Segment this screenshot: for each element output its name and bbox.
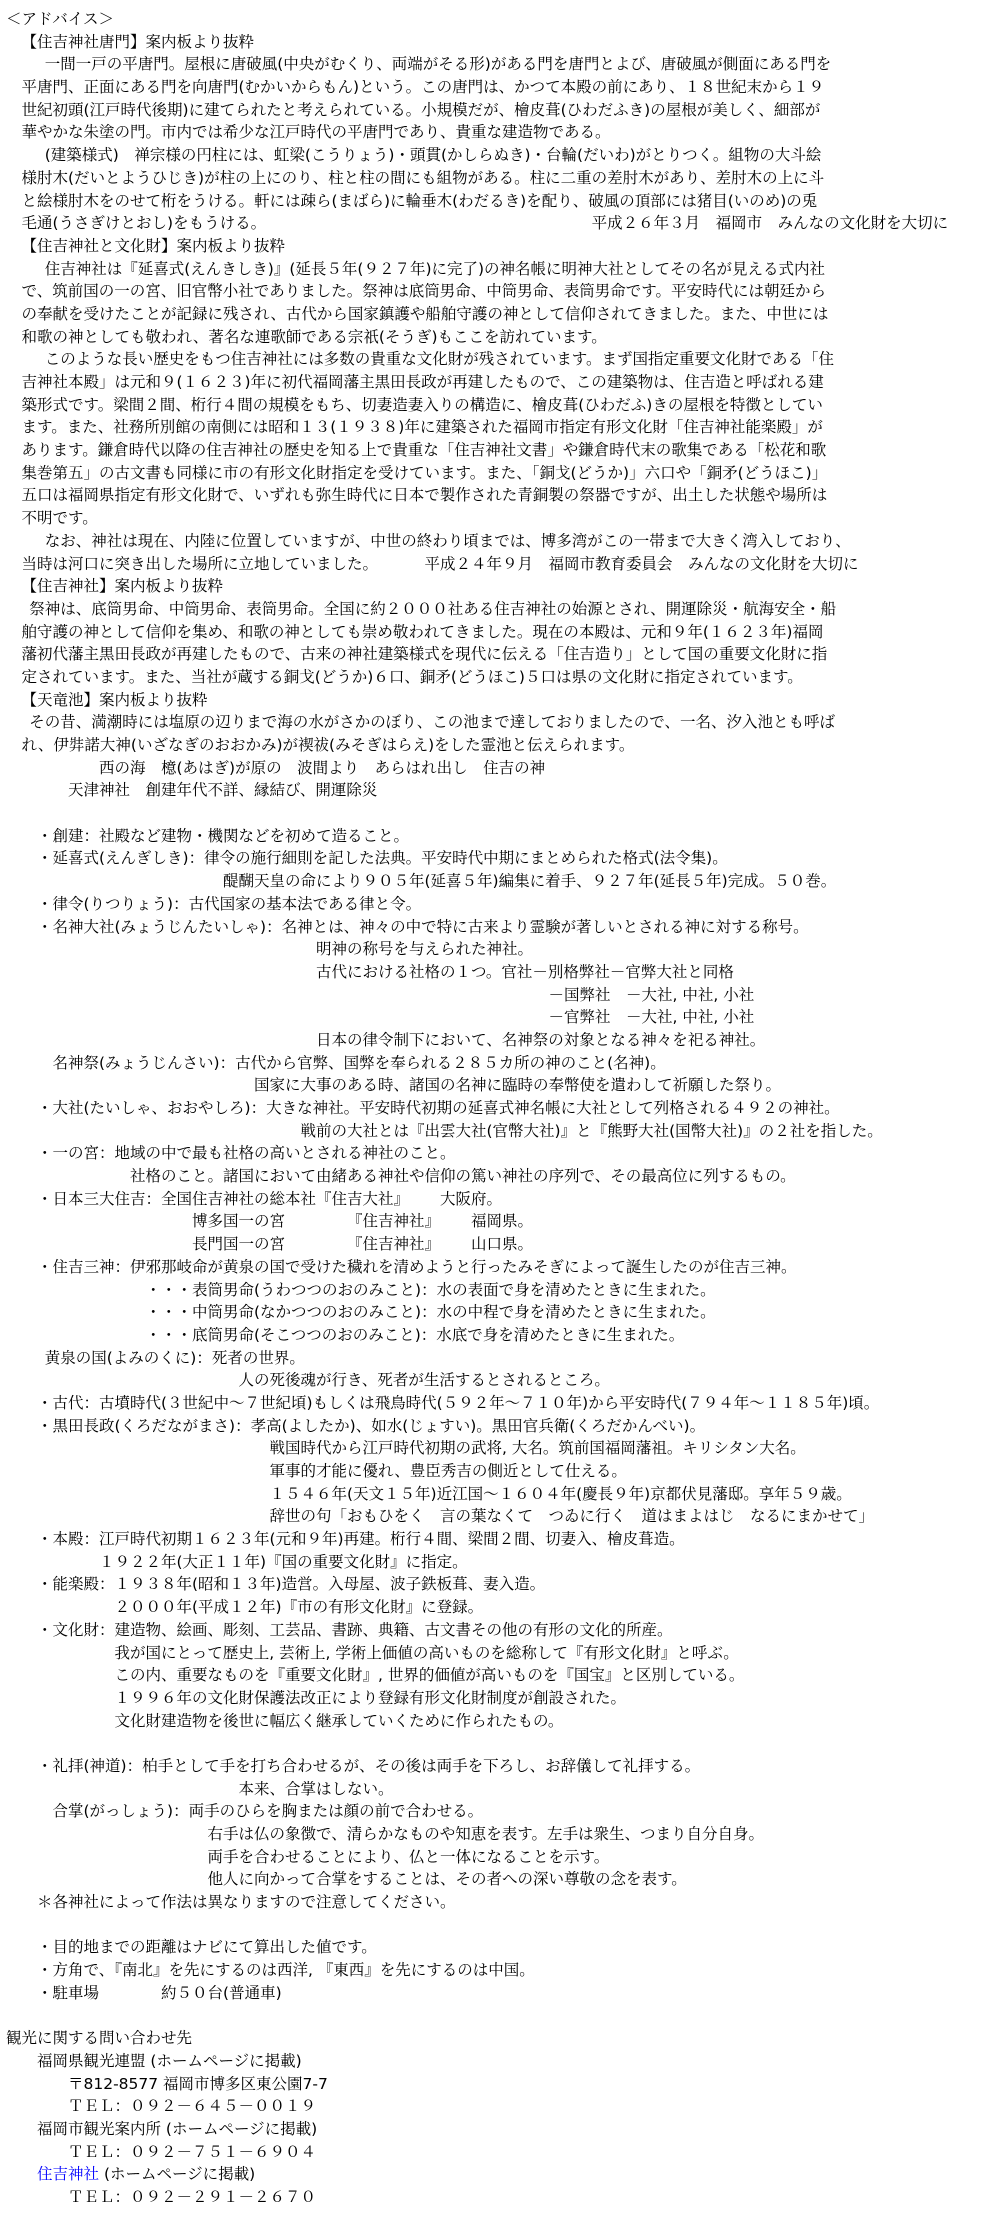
text-segment: 【住吉神社唐門】案内板より抜粋 bbox=[22, 33, 255, 51]
phone-number: ＴＥＬ：０９２－７５１－６９０４ bbox=[6, 2141, 999, 2164]
text-line: ・黒田長政(くろだながまさ)：孝高(よしたか)、如水(じょすい)。黒田官兵衛(く… bbox=[6, 1415, 999, 1438]
text-segment: 本来、合掌はしない。 bbox=[239, 1780, 394, 1798]
text-segment: このような長い歴史をもつ住吉神社には多数の貴重な文化財が残されています。まず国指… bbox=[45, 350, 834, 368]
text-segment: 我が国にとって歴史上, 芸術上, 学術上価値の高いものを総称して『有形文化財』と… bbox=[115, 1644, 739, 1662]
text-segment: で、筑前国の一の宮、旧官幣小社でありました。祭神は底筒男命、中筒男命、表筒男命で… bbox=[22, 282, 826, 300]
text-segment: 国家に大事のある時、諸国の名神に臨時の奉幣使を遣わして祈願した祭り。 bbox=[254, 1076, 781, 1094]
text-line: ・能楽殿：１９３８年(昭和１３年)造営。入母屋、波子鉄板葺、妻入造。 bbox=[6, 1573, 999, 1596]
text-segment: ＴＥＬ：０９２－２９１－２６７０ bbox=[68, 2188, 316, 2206]
text-segment: 住吉神社は『延喜式(えんきしき)』(延長５年(９２７年)に完了)の神名帳に明神大… bbox=[45, 260, 825, 278]
poem-line: 西の海 檍(あはぎ)が原の 波間より あらはれ出し 住吉の神 bbox=[6, 757, 999, 780]
text-line: ・名神大社(みょうじんたいしゃ)：名神とは、神々の中で特に古来より霊験が著しいと… bbox=[6, 916, 999, 939]
text-segment: 平唐門、正面にある門を向唐門(むかいからもん)という。この唐門は、かつて本殿の前… bbox=[22, 78, 825, 96]
text-line: －官弊社 －大社, 中社, 小社 bbox=[6, 1006, 999, 1029]
text-line: ・古代：古墳時代(３世紀中～７世紀頃)もしくは飛鳥時代(５９２年～７１０年)から… bbox=[6, 1392, 999, 1415]
text-line: １９２２年(大正１１年)『国の重要文化財』に指定。 bbox=[6, 1551, 999, 1574]
text-line: 本来、合掌はしない。 bbox=[6, 1778, 999, 1801]
text-segment: －国弊社 －大社, 中社, 小社 bbox=[549, 986, 755, 1004]
text-line: 国家に大事のある時、諸国の名神に臨時の奉幣使を遣わして祈願した祭り。 bbox=[6, 1074, 999, 1097]
text-segment: 福岡市観光案内所 (ホームページに掲載) bbox=[37, 2120, 317, 2138]
text-line: 舶守護の神として信仰を集め、和歌の神としても崇め敬われてきました。現在の本殿は、… bbox=[6, 621, 999, 644]
text-line: ・・・表筒男命(うわつつのおのみこと)：水の表面で身を清めたときに生まれた。 bbox=[6, 1279, 999, 1302]
text-segment: この内、重要なものを『重要文化財』, 世界的価値が高いものを『国宝』と区別してい… bbox=[115, 1666, 745, 1684]
text-line: ＊各神社によって作法は異なりますので注意してください。 bbox=[6, 1891, 999, 1914]
text-line: 華やかな朱塗の門。市内では希少な江戸時代の平唐門であり、貴重な建造物である。 bbox=[6, 121, 999, 144]
text-segment: １５４６年(天文１５年)近江国～１６０４年(慶長９年)京都伏見藩邸。享年５９歳。 bbox=[270, 1485, 852, 1503]
text-segment: ＴＥＬ：０９２－７５１－６９０４ bbox=[68, 2143, 316, 2161]
text-line: 定されています。また、当社が蔵する銅戈(どうか)６口、銅矛(どうほこ)５口は県の… bbox=[6, 666, 999, 689]
text-line: ２０００年(平成１２年)『市の有形文化財』に登録。 bbox=[6, 1596, 999, 1619]
text-line: 福岡市観光案内所 (ホームページに掲載) bbox=[6, 2118, 999, 2141]
text-line: 名神祭(みょうじんさい)：古代から官弊、国弊を奉られる２８５カ所の神のこと(名神… bbox=[6, 1052, 999, 1075]
text-segment: 博多国一の宮 bbox=[192, 1212, 285, 1230]
text-segment: ・方角で、『南北』を先にするのは西洋, 『東西』を先にするのは中国。 bbox=[37, 1961, 535, 1979]
text-segment: 観光に関する問い合わせ先 bbox=[6, 2029, 192, 2047]
text-line: 和歌の神としても敬われ、著名な連歌師である宗祇(そうぎ)もここを訪れています。 bbox=[6, 326, 999, 349]
phone-number: ＴＥＬ：０９２－６４５－００１９ bbox=[6, 2095, 999, 2118]
text-segment: 世紀初頭(江戸時代後期)に建てられたと考えられている。小規模だが、檜皮葺(ひわだ… bbox=[22, 101, 821, 119]
text-segment: 『住吉神社』 bbox=[347, 1212, 440, 1230]
text-line: ・・・底筒男命(そこつつのおのみこと)：水底で身を清めたときに生まれた。 bbox=[6, 1324, 999, 1347]
text-line: 福岡県観光連盟 (ホームページに掲載) bbox=[6, 2050, 999, 2073]
text-segment: れ、伊弉諾大神(いざなぎのおおかみ)が禊祓(みそぎはらえ)をした霊池と伝えられま… bbox=[22, 736, 635, 754]
text-segment: 集巻第五」の古文書も同様に市の有形文化財指定を受けています。また、「銅戈(どうか… bbox=[22, 464, 828, 482]
text-segment: ・延喜式(えんぎしき)：律令の施行細則を記した法典。平安時代中期にまとめられた格… bbox=[37, 849, 728, 867]
text-segment: 大阪府。 bbox=[440, 1190, 502, 1208]
text-line: ・本殿：江戸時代初期１６２３年(元和９年)再建。桁行４間、梁間２間、切妻入、檜皮… bbox=[6, 1528, 999, 1551]
text-segment: ＴＥＬ：０９２－６４５－００１９ bbox=[68, 2097, 316, 2115]
text-line: 日本の律令制下において、名神祭の対象となる神々を祀る神社。 bbox=[6, 1029, 999, 1052]
text-line: その昔、満潮時には塩原の辺りまで海の水がさかのぼり、この池まで達しておりましたの… bbox=[6, 711, 999, 734]
text-line: ・・・中筒男命(なかつつのおのみこと)：水の中程で身を清めたときに生まれた。 bbox=[6, 1301, 999, 1324]
text-line: なお、神社は現在、内陸に位置していますが、中世の終わり頃までは、博多湾がこの一帯… bbox=[6, 530, 999, 553]
text-line: １５４６年(天文１５年)近江国～１６０４年(慶長９年)京都伏見藩邸。享年５９歳。 bbox=[6, 1483, 999, 1506]
text-line: このような長い歴史をもつ住吉神社には多数の貴重な文化財が残されています。まず国指… bbox=[6, 348, 999, 371]
text-segment: ・能楽殿：１９３８年(昭和１３年)造営。入母屋、波子鉄板葺、妻入造。 bbox=[37, 1575, 545, 1593]
text-line: ・礼拝(神道)：柏手として手を打ち合わせるが、その後は両手を下ろし、お辞儀して礼… bbox=[6, 1755, 999, 1778]
text-line: ・目的地までの距離はナビにて算出した値です。 bbox=[6, 1936, 999, 1959]
section-heading: 【住吉神社唐門】案内板より抜粋 bbox=[6, 31, 999, 54]
spacer bbox=[99, 1982, 161, 1983]
text-segment: と絵様肘木をのせて桁をうける。軒には疎ら(まばら)に輪垂木(わだるき)を配り、破… bbox=[22, 192, 818, 210]
spacer bbox=[285, 1233, 347, 1234]
text-segment: 戦前の大社とは『出雲大社(官幣大社)』と『熊野大社(国幣大社)』の２社を指した。 bbox=[301, 1122, 883, 1140]
text-line: －国弊社 －大社, 中社, 小社 bbox=[6, 984, 999, 1007]
text-line: で、筑前国の一の宮、旧官幣小社でありました。祭神は底筒男命、中筒男命、表筒男命で… bbox=[6, 280, 999, 303]
text-line: 黄泉の国(よみのくに)：死者の世界。 bbox=[6, 1347, 999, 1370]
section-heading: 【天竜池】案内板より抜粋 bbox=[6, 689, 999, 712]
text-segment: －官弊社 －大社, 中社, 小社 bbox=[549, 1008, 755, 1026]
text-segment: なお、神社は現在、内陸に位置していますが、中世の終わり頃までは、博多湾がこの一帯… bbox=[45, 532, 851, 550]
text-line: 他人に向かって合掌をすることは、その者への深い尊敬の念を表す。 bbox=[6, 1868, 999, 1891]
text-segment: 合掌(がっしょう)：両手のひらを胸または顔の前で合わせる。 bbox=[53, 1802, 484, 1820]
text-segment: 不明です。 bbox=[22, 509, 98, 527]
text-segment: 和歌の神としても敬われ、著名な連歌師である宗祇(そうぎ)もここを訪れています。 bbox=[22, 328, 607, 346]
text-line: 長門国一の宮『住吉神社』山口県。 bbox=[6, 1233, 999, 1256]
text-line: 世紀初頭(江戸時代後期)に建てられたと考えられている。小規模だが、檜皮葺(ひわだ… bbox=[6, 99, 999, 122]
text-line: 社格のこと。諸国において由緒ある神社や信仰の篤い神社の序列で、その最高位に列する… bbox=[6, 1165, 999, 1188]
text-line: 古代における社格の１つ。官社－別格弊社－官弊大社と同格 bbox=[6, 961, 999, 984]
text-line: 〒812-8577 福岡市博多区東公園7-7 bbox=[6, 2073, 999, 2096]
document-page: ＜アドバイス＞【住吉神社唐門】案内板より抜粋一間一戸の平唐門。屋根に唐破風(中央… bbox=[0, 0, 999, 2238]
text-line: 醍醐天皇の命により９０５年(延喜５年)編集に着手、９２７年(延長５年)完成。５０… bbox=[6, 870, 999, 893]
text-segment: 天津神社 創建年代不詳、縁結び、開運除災 bbox=[68, 781, 377, 799]
text-segment: 辞世の句「おもひをく 言の葉なくて つゐに行く 道はまよはじ なるにまかせて」 bbox=[270, 1507, 875, 1525]
text-segment: ＊各神社によって作法は異なりますので注意してください。 bbox=[37, 1893, 456, 1911]
text-segment: 【住吉神社と文化財】案内板より抜粋 bbox=[22, 237, 286, 255]
text-segment: 〒812-8577 福岡市博多区東公園7-7 bbox=[68, 2075, 328, 2093]
text-line: 辞世の句「おもひをく 言の葉なくて つゐに行く 道はまよはじ なるにまかせて」 bbox=[6, 1505, 999, 1528]
text-line: ・駐車場約５０台(普通車) bbox=[6, 1982, 999, 2005]
text-segment: １９９６年の文化財保護法改正により登録有形文化財制度が創設された。 bbox=[115, 1689, 627, 1707]
text-segment: 社格のこと。諸国において由緒ある神社や信仰の篤い神社の序列で、その最高位に列する… bbox=[130, 1167, 796, 1185]
text-segment: 名神祭(みょうじんさい)：古代から官弊、国弊を奉られる２８５カ所の神のこと(名神… bbox=[53, 1054, 666, 1072]
text-segment: の奉献を受けたことが記録に残され、古代から国家鎮護や船舶守護の神として信仰されて… bbox=[22, 305, 829, 323]
text-line: 集巻第五」の古文書も同様に市の有形文化財指定を受けています。また、「銅戈(どうか… bbox=[6, 462, 999, 485]
text-segment: 華やかな朱塗の門。市内では希少な江戸時代の平唐門であり、貴重な建造物である。 bbox=[22, 123, 611, 141]
text-segment: 戦国時代から江戸時代初期の武将, 大名。筑前国福岡藩祖。キリシタン大名。 bbox=[270, 1439, 806, 1457]
spacer bbox=[378, 553, 425, 554]
text-segment: 醍醐天皇の命により９０５年(延喜５年)編集に着手、９２７年(延長５年)完成。５０… bbox=[223, 872, 836, 890]
text-segment: ・住吉三神：伊邪那岐命が黄泉の国で受けた穢れを清めようと行ったみそぎによって誕生… bbox=[37, 1258, 797, 1276]
text-line: 祭神は、底筒男命、中筒男命、表筒男命。全国に約２０００社ある住吉神社の始源とされ… bbox=[6, 598, 999, 621]
text-segment: ・・・中筒男命(なかつつのおのみこと)：水の中程で身を清めたときに生まれた。 bbox=[146, 1303, 716, 1321]
spacer bbox=[266, 212, 592, 213]
text-segment: 舶守護の神として信仰を集め、和歌の神としても崇め敬われてきました。現在の本殿は、… bbox=[22, 623, 824, 641]
text-segment: 山口県。 bbox=[471, 1235, 533, 1253]
text-segment: 【天竜池】案内板より抜粋 bbox=[22, 691, 208, 709]
text-line bbox=[6, 1732, 999, 1755]
text-line: 吉神社本殿」は元和９(１６２３)年に初代福岡藩主黒田長政が再建したもので、この建… bbox=[6, 371, 999, 394]
text-segment: 毛通(うさぎけとおし)をもうける。 bbox=[22, 214, 267, 232]
text-line: ・延喜式(えんぎしき)：律令の施行細則を記した法典。平安時代中期にまとめられた格… bbox=[6, 847, 999, 870]
text-segment: 他人に向かって合掌をすることは、その者への深い尊敬の念を表す。 bbox=[208, 1870, 687, 1888]
text-line: 天津神社 創建年代不詳、縁結び、開運除災 bbox=[6, 779, 999, 802]
text-segment: ・古代：古墳時代(３世紀中～７世紀頃)もしくは飛鳥時代(５９２年～７１０年)から… bbox=[37, 1394, 879, 1412]
text-line: 一間一戸の平唐門。屋根に唐破風(中央がむくり、両端がそる形)がある門を唐門とよび… bbox=[6, 53, 999, 76]
text-segment: ・目的地までの距離はナビにて算出した値です。 bbox=[37, 1938, 377, 1956]
spacer bbox=[440, 1233, 471, 1234]
text-segment: ・本殿：江戸時代初期１６２３年(元和９年)再建。桁行４間、梁間２間、切妻入、檜皮… bbox=[37, 1530, 685, 1548]
text-segment: ・一の宮：地域の中で最も社格の高いとされる神社のこと。 bbox=[37, 1144, 456, 1162]
text-segment: 五口は福岡県指定有形文化財で、いずれも弥生時代に日本で製作された青銅製の祭器です… bbox=[22, 486, 828, 504]
text-segment: 両手を合わせることにより、仏と一体になることを示す。 bbox=[208, 1848, 610, 1866]
text-line: あります。鎌倉時代以降の住吉神社の歴史を知る上で貴重な「住吉神社文書」や鎌倉時代… bbox=[6, 439, 999, 462]
text-segment: 福岡県。 bbox=[471, 1212, 533, 1230]
text-line: 住吉神社は『延喜式(えんきしき)』(延長５年(９２７年)に完了)の神名帳に明神大… bbox=[6, 258, 999, 281]
text-line: ・律令(りつりょう)：古代国家の基本法である律と令。 bbox=[6, 893, 999, 916]
text-segment: 平成２４年９月 福岡市教育委員会 みんなの文化財を大切に bbox=[425, 555, 859, 573]
text-segment: 【住吉神社】案内板より抜粋 bbox=[22, 577, 224, 595]
text-line: ・一の宮：地域の中で最も社格の高いとされる神社のこと。 bbox=[6, 1142, 999, 1165]
text-segment: 様肘木(だいとようひじき)が柱の上にのり、柱と柱の間にも組物がある。柱に二重の差… bbox=[22, 169, 825, 187]
text-segment: ・駐車場 bbox=[37, 1984, 99, 2002]
text-line: 軍事的才能に優れ、豊臣秀吉の側近として仕える。 bbox=[6, 1460, 999, 1483]
text-segment: ・名神大社(みょうじんたいしゃ)：名神とは、神々の中で特に古来より霊験が著しいと… bbox=[37, 918, 809, 936]
text-line: 当時は河口に突き出した場所に立地していました。平成２４年９月 福岡市教育委員会 … bbox=[6, 553, 999, 576]
text-segment: (建築様式) 禅宗様の円柱には、虹梁(こうりょう)・頭貫(かしらぬき)・台輪(だ… bbox=[45, 146, 822, 164]
text-segment: 右手は仏の象徴で、清らかなものや知恵を表す。左手は衆生、つまり自分自身。 bbox=[208, 1825, 764, 1843]
text-segment: 西の海 檍(あはぎ)が原の 波間より あらはれ出し 住吉の神 bbox=[99, 759, 545, 777]
text-segment: ・黒田長政(くろだながまさ)：孝高(よしたか)、如水(じょすい)。黒田官兵衛(く… bbox=[37, 1417, 705, 1435]
text-segment: ・律令(りつりょう)：古代国家の基本法である律と令。 bbox=[37, 895, 421, 913]
text-line: ・日本三大住吉：全国住吉神社の総本社『住吉大社』大阪府。 bbox=[6, 1188, 999, 1211]
text-segment: ＜アドバイス＞ bbox=[6, 10, 114, 28]
text-segment: １９２２年(大正１１年)『国の重要文化財』に指定。 bbox=[99, 1553, 468, 1571]
text-segment: ・・・表筒男命(うわつつのおのみこと)：水の表面で身を清めたときに生まれた。 bbox=[146, 1281, 716, 1299]
text-segment: 祭神は、底筒男命、中筒男命、表筒男命。全国に約２０００社ある住吉神社の始源とされ… bbox=[29, 600, 836, 618]
text-segment: 一間一戸の平唐門。屋根に唐破風(中央がむくり、両端がそる形)がある門を唐門とよび… bbox=[45, 55, 831, 73]
text-segment: 明神の称号を与えられた神社。 bbox=[316, 940, 533, 958]
text-line: 築形式です。梁間２間、桁行４間の規模をもち、切妻造妻入りの構造に、檜皮葺(ひわだ… bbox=[6, 394, 999, 417]
text-segment: 平成２６年３月 福岡市 みんなの文化財を大切に bbox=[592, 214, 949, 232]
text-line: 右手は仏の象徴で、清らかなものや知恵を表す。左手は衆生、つまり自分自身。 bbox=[6, 1823, 999, 1846]
text-line: ます。また、社務所別館の南側には昭和１３(１９３８)年に建築された福岡市指定有形… bbox=[6, 416, 999, 439]
text-line: 我が国にとって歴史上, 芸術上, 学術上価値の高いものを総称して『有形文化財』と… bbox=[6, 1642, 999, 1665]
text-segment: 日本の律令制下において、名神祭の対象となる神々を祀る神社。 bbox=[316, 1031, 765, 1049]
text-line bbox=[6, 1914, 999, 1937]
text-line: 明神の称号を与えられた神社。 bbox=[6, 938, 999, 961]
sumiyoshi-shrine-link[interactable]: 住吉神社 bbox=[37, 2165, 99, 2183]
spacer bbox=[409, 1188, 440, 1189]
text-line: と絵様肘木をのせて桁をうける。軒には疎ら(まばら)に輪垂木(わだるき)を配り、破… bbox=[6, 190, 999, 213]
text-line: ・創建：社殿など建物・機関などを初めて造ること。 bbox=[6, 825, 999, 848]
text-line: (建築様式) 禅宗様の円柱には、虹梁(こうりょう)・頭貫(かしらぬき)・台輪(だ… bbox=[6, 144, 999, 167]
text-segment: ・・・底筒男命(そこつつのおのみこと)：水底で身を清めたときに生まれた。 bbox=[146, 1326, 685, 1344]
section-heading: 【住吉神社】案内板より抜粋 bbox=[6, 575, 999, 598]
text-segment: 長門国一の宮 bbox=[192, 1235, 285, 1253]
advice-heading: ＜アドバイス＞ bbox=[6, 8, 999, 31]
text-segment: 軍事的才能に優れ、豊臣秀吉の側近として仕える。 bbox=[270, 1462, 627, 1480]
text-line bbox=[6, 802, 999, 825]
text-segment: あります。鎌倉時代以降の住吉神社の歴史を知る上で貴重な「住吉神社文書」や鎌倉時代… bbox=[22, 441, 827, 459]
text-line: 合掌(がっしょう)：両手のひらを胸または顔の前で合わせる。 bbox=[6, 1800, 999, 1823]
text-segment: ・礼拝(神道)：柏手として手を打ち合わせるが、その後は両手を下ろし、お辞儀して礼… bbox=[37, 1757, 700, 1775]
text-line: この内、重要なものを『重要文化財』, 世界的価値が高いものを『国宝』と区別してい… bbox=[6, 1664, 999, 1687]
text-line: 人の死後魂が行き、死者が生活するとされるところ。 bbox=[6, 1369, 999, 1392]
text-segment: ２０００年(平成１２年)『市の有形文化財』に登録。 bbox=[115, 1598, 484, 1616]
text-line: 五口は福岡県指定有形文化財で、いずれも弥生時代に日本で製作された青銅製の祭器です… bbox=[6, 484, 999, 507]
text-line bbox=[6, 2005, 999, 2028]
text-segment: 黄泉の国(よみのくに)：死者の世界。 bbox=[45, 1349, 305, 1367]
text-segment: 約５０台(普通車) bbox=[161, 1984, 282, 2002]
text-line: 文化財建造物を後世に幅広く継承していくために作られたもの。 bbox=[6, 1710, 999, 1733]
text-line: ・文化財：建造物、絵画、彫刻、工芸品、書跡、典籍、古文書その他の有形の文化的所産… bbox=[6, 1619, 999, 1642]
text-segment: ・大社(たいしゃ、おおやしろ)：大きな神社。平安時代初期の延喜式神名帳に大社とし… bbox=[37, 1099, 840, 1117]
text-line: 毛通(うさぎけとおし)をもうける。平成２６年３月 福岡市 みんなの文化財を大切に bbox=[6, 212, 999, 235]
text-segment: 人の死後魂が行き、死者が生活するとされるところ。 bbox=[239, 1371, 610, 1389]
text-line: 藩初代藩主黒田長政が再建したもので、古来の神社建築様式を現代に伝える「住吉造り」… bbox=[6, 643, 999, 666]
contact-heading: 観光に関する問い合わせ先 bbox=[6, 2027, 999, 2050]
text-segment: 『住吉神社』 bbox=[347, 1235, 440, 1253]
text-line: 戦国時代から江戸時代初期の武将, 大名。筑前国福岡藩祖。キリシタン大名。 bbox=[6, 1437, 999, 1460]
text-segment: 福岡県観光連盟 (ホームページに掲載) bbox=[37, 2052, 302, 2070]
text-line: ・方角で、『南北』を先にするのは西洋, 『東西』を先にするのは中国。 bbox=[6, 1959, 999, 1982]
text-segment: ・日本三大住吉：全国住吉神社の総本社『住吉大社』 bbox=[37, 1190, 409, 1208]
text-line: 平唐門、正面にある門を向唐門(むかいからもん)という。この唐門は、かつて本殿の前… bbox=[6, 76, 999, 99]
text-line: 両手を合わせることにより、仏と一体になることを示す。 bbox=[6, 1846, 999, 1869]
text-segment: ・創建：社殿など建物・機関などを初めて造ること。 bbox=[37, 827, 409, 845]
text-segment: (ホームページに掲載) bbox=[99, 2165, 255, 2183]
text-segment: 藩初代藩主黒田長政が再建したもので、古来の神社建築様式を現代に伝える「住吉造り」… bbox=[22, 645, 828, 663]
spacer bbox=[440, 1210, 471, 1211]
text-segment: 文化財建造物を後世に幅広く継承していくために作られたもの。 bbox=[115, 1712, 564, 1730]
text-segment: 吉神社本殿」は元和９(１６２３)年に初代福岡藩主黒田長政が再建したもので、この建… bbox=[22, 373, 824, 391]
text-line: 博多国一の宮『住吉神社』福岡県。 bbox=[6, 1210, 999, 1233]
text-segment: 古代における社格の１つ。官社－別格弊社－官弊大社と同格 bbox=[316, 963, 734, 981]
phone-number: ＴＥＬ：０９２－２９１－２６７０ bbox=[6, 2186, 999, 2209]
document-body: ＜アドバイス＞【住吉神社唐門】案内板より抜粋一間一戸の平唐門。屋根に唐破風(中央… bbox=[6, 8, 999, 2209]
text-line: ・住吉三神：伊邪那岐命が黄泉の国で受けた穢れを清めようと行ったみそぎによって誕生… bbox=[6, 1256, 999, 1279]
text-segment: ます。また、社務所別館の南側には昭和１３(１９３８)年に建築された福岡市指定有形… bbox=[22, 418, 823, 436]
text-segment: 築形式です。梁間２間、桁行４間の規模をもち、切妻造妻入りの構造に、檜皮葺(ひわだ… bbox=[22, 396, 823, 414]
text-segment: 当時は河口に突き出した場所に立地していました。 bbox=[22, 555, 379, 573]
text-segment: ・文化財：建造物、絵画、彫刻、工芸品、書跡、典籍、古文書その他の有形の文化的所産… bbox=[37, 1621, 673, 1639]
text-segment: 定されています。また、当社が蔵する銅戈(どうか)６口、銅矛(どうほこ)５口は県の… bbox=[22, 668, 803, 686]
text-line: １９９６年の文化財保護法改正により登録有形文化財制度が創設された。 bbox=[6, 1687, 999, 1710]
text-line: ・大社(たいしゃ、おおやしろ)：大きな神社。平安時代初期の延喜式神名帳に大社とし… bbox=[6, 1097, 999, 1120]
text-line: 戦前の大社とは『出雲大社(官幣大社)』と『熊野大社(国幣大社)』の２社を指した。 bbox=[6, 1120, 999, 1143]
text-line: の奉献を受けたことが記録に残され、古代から国家鎮護や船舶守護の神として信仰されて… bbox=[6, 303, 999, 326]
text-line: 様肘木(だいとようひじき)が柱の上にのり、柱と柱の間にも組物がある。柱に二重の差… bbox=[6, 167, 999, 190]
spacer bbox=[285, 1210, 347, 1211]
section-heading: 【住吉神社と文化財】案内板より抜粋 bbox=[6, 235, 999, 258]
text-line: 不明です。 bbox=[6, 507, 999, 530]
text-line: 住吉神社 (ホームページに掲載) bbox=[6, 2163, 999, 2186]
text-line: れ、伊弉諾大神(いざなぎのおおかみ)が禊祓(みそぎはらえ)をした霊池と伝えられま… bbox=[6, 734, 999, 757]
text-segment: その昔、満潮時には塩原の辺りまで海の水がさかのぼり、この池まで達しておりましたの… bbox=[29, 713, 835, 731]
